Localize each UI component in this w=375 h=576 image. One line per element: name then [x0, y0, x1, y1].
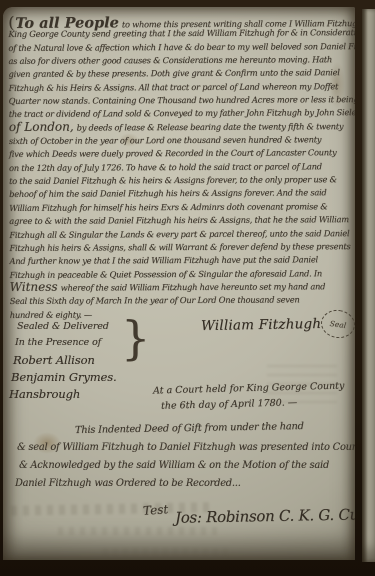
ink-bleedthrough — [103, 548, 233, 556]
witness-signature: Hansbrough — [9, 387, 80, 401]
witness-heading-line2: In the Presence of — [15, 337, 101, 348]
deed-line: agree to & with the said Daniel Fitzhugh… — [9, 211, 355, 226]
witness-heading-line1: Sealed & Delivered — [17, 321, 109, 332]
deed-line-text: And further know ye that I the said Will… — [9, 254, 317, 266]
court-record-line2: the 6th day of April 1780. — — [161, 397, 298, 412]
manuscript-page: (To all Peopleto whome this present writ… — [3, 7, 355, 560]
recording-line: Daniel Fitzhugh was Ordered to be Record… — [15, 478, 241, 489]
deed-line: Witnesswhereof the said William Fitzhugh… — [10, 278, 355, 293]
deed-line-lead: Witness — [10, 280, 58, 294]
deed-line: King George County send greeting that I … — [8, 24, 354, 39]
deed-line-lead: of London, — [9, 119, 74, 133]
recording-line: & seal of William Fitzhugh to Daniel Fit… — [17, 442, 355, 453]
witness-signature: Benjamin Grymes. — [11, 370, 117, 384]
manuscript-photo: (To all Peopleto whome this present writ… — [0, 0, 375, 576]
deed-line-text: hundred & eighty. — — [10, 309, 92, 319]
test-label: Test — [143, 502, 169, 518]
deed-line: given granted & by these presents. Doth … — [8, 64, 354, 79]
deed-line-text: agree to & with the said Daniel Fitzhugh… — [9, 214, 349, 226]
facing-page-edge — [362, 9, 375, 562]
recording-line: & Acknowledged by the said William & on … — [19, 460, 329, 471]
grantor-signature: William Fitzhugh — [201, 316, 321, 334]
ink-bleedthrough — [58, 527, 218, 535]
deed-body: (To all Peopleto whome this present writ… — [8, 11, 355, 320]
deed-line-text: Seal this Sixth day of March In the year… — [10, 295, 300, 307]
deed-line: And further know ye that I the said Will… — [9, 251, 355, 266]
witness-signature: Robert Allison — [13, 353, 95, 367]
recording-line: This Indented Deed of Gift from under th… — [75, 421, 304, 436]
seal-label: Seal — [329, 318, 347, 329]
court-record-line1: At a Court held for King George County — [153, 380, 345, 396]
brace-icon: } — [121, 315, 150, 361]
clerk-signature: Jos: Robinson C. K. G. Curt — [175, 505, 355, 526]
